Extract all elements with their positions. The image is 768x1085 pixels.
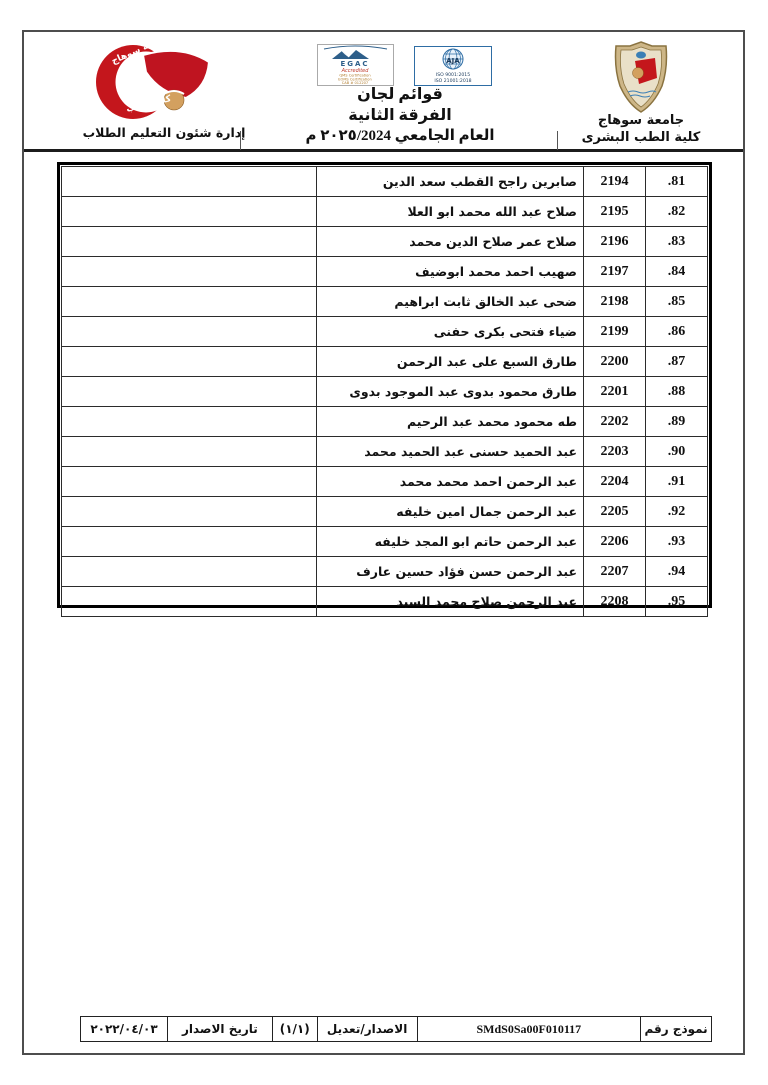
empty-cell (62, 287, 317, 317)
form-number-label: نموذج رقم (641, 1017, 712, 1042)
committee-table-frame: .81 2194 صابرين راجح القطب سعد الدين .82… (57, 162, 712, 608)
student-id-cell: 2203 (584, 437, 646, 467)
table-row: .85 2198 ضحى عبد الخالق ثابت ابراهيم (62, 287, 708, 317)
header-column-divider-left (240, 131, 241, 150)
student-name-cell: ضياء فتحى بكرى حفنى (317, 317, 584, 347)
student-name-cell: عبد الحميد حسنى عبد الحميد محمد (317, 437, 584, 467)
student-name-cell: طارق السبع على عبد الرحمن (317, 347, 584, 377)
row-number-cell: .83 (646, 227, 708, 257)
student-name-cell: طارق محمود بدوى عبد الموجود بدوى (317, 377, 584, 407)
document-title-block: قوائم لجان الفرقة الثانية العام الجامعي … (290, 84, 510, 147)
student-id-cell: 2194 (584, 167, 646, 197)
empty-cell (62, 437, 317, 467)
university-name-block: جامعة سوهاج كلية الطب البشرى (575, 112, 707, 146)
student-name-cell: عبد الرحمن احمد محمد محمد (317, 467, 584, 497)
header-column-divider-right (557, 131, 558, 150)
table-row: .95 2208 عبد الرحمن صلاح محمد السيد (62, 587, 708, 617)
title-academic-year: العام الجامعي ٢٠٢٥/2024 م (290, 126, 510, 147)
student-id-cell: 2202 (584, 407, 646, 437)
egac-name: EGAC (340, 60, 369, 68)
student-id-cell: 2195 (584, 197, 646, 227)
faculty-name: كلية الطب البشرى (575, 129, 707, 146)
faculty-crescent-logo: جامعة سوهاج كلية الطب (85, 42, 237, 122)
student-name-cell: طه محمود محمد عبد الرحيم (317, 407, 584, 437)
university-name: جامعة سوهاج (575, 112, 707, 129)
empty-cell (62, 197, 317, 227)
empty-cell (62, 257, 317, 287)
row-number-cell: .81 (646, 167, 708, 197)
empty-cell (62, 557, 317, 587)
empty-cell (62, 407, 317, 437)
row-number-cell: .86 (646, 317, 708, 347)
empty-cell (62, 167, 317, 197)
empty-cell (62, 377, 317, 407)
table-row: .87 2200 طارق السبع على عبد الرحمن (62, 347, 708, 377)
row-number-cell: .92 (646, 497, 708, 527)
row-number-cell: .94 (646, 557, 708, 587)
student-name-cell: عبد الرحمن حسن فؤاد حسين عارف (317, 557, 584, 587)
document-page: جامعة سوهاج كلية الطب البشرى EGAC Accred… (0, 0, 768, 1085)
table-row: .91 2204 عبد الرحمن احمد محمد محمد (62, 467, 708, 497)
table-row: .94 2207 عبد الرحمن حسن فؤاد حسين عارف (62, 557, 708, 587)
student-name-cell: صلاح عمر صلاح الدين محمد (317, 227, 584, 257)
revision-label: الاصدار/تعديل (317, 1017, 417, 1042)
title-committee-lists: قوائم لجان (290, 84, 510, 105)
egac-accreditation-logo: EGAC Accredited QMS Certification EOMS C… (317, 44, 394, 86)
department-name: إدارة شئون التعليم الطلاب (75, 125, 253, 140)
row-number-cell: .85 (646, 287, 708, 317)
mountains-icon (332, 50, 369, 59)
student-name-cell: صلاح عبد الله محمد ابو العلا (317, 197, 584, 227)
form-code: SMdS0Sa00F010117 (417, 1017, 641, 1042)
row-number-cell: .87 (646, 347, 708, 377)
table-row: .92 2205 عبد الرحمن جمال امين خليفه (62, 497, 708, 527)
empty-cell (62, 227, 317, 257)
row-number-cell: .89 (646, 407, 708, 437)
aja-iso1: ISO 9001:2015 (436, 72, 470, 78)
student-name-cell: صابرين راجح القطب سعد الدين (317, 167, 584, 197)
aja-iso-logo: AJA ISO 9001:2015 ISO 21001:2018 (414, 46, 492, 86)
table-row: .86 2199 ضياء فتحى بكرى حفنى (62, 317, 708, 347)
student-id-cell: 2208 (584, 587, 646, 617)
row-number-cell: .95 (646, 587, 708, 617)
student-id-cell: 2197 (584, 257, 646, 287)
empty-cell (62, 347, 317, 377)
revision-value: (١/١) (272, 1017, 317, 1042)
row-number-cell: .90 (646, 437, 708, 467)
committee-table: .81 2194 صابرين راجح القطب سعد الدين .82… (61, 166, 708, 617)
empty-cell (62, 587, 317, 617)
student-id-cell: 2205 (584, 497, 646, 527)
student-id-cell: 2201 (584, 377, 646, 407)
scarab-icon (636, 52, 646, 59)
issue-date-value: ٢٠٢٢/٠٤/٠٣ (81, 1017, 168, 1042)
committee-table-body: .81 2194 صابرين راجح القطب سعد الدين .82… (62, 167, 708, 617)
student-id-cell: 2207 (584, 557, 646, 587)
table-row: .93 2206 عبد الرحمن حاتم ابو المجد خليفه (62, 527, 708, 557)
row-number-cell: .82 (646, 197, 708, 227)
table-row: .90 2203 عبد الحميد حسنى عبد الحميد محمد (62, 437, 708, 467)
empty-cell (62, 497, 317, 527)
form-info-row: نموذج رقم SMdS0Sa00F010117 الاصدار/تعديل… (81, 1017, 712, 1042)
row-number-cell: .93 (646, 527, 708, 557)
empty-cell (62, 527, 317, 557)
empty-cell (62, 317, 317, 347)
row-number-cell: .84 (646, 257, 708, 287)
table-row: .82 2195 صلاح عبد الله محمد ابو العلا (62, 197, 708, 227)
student-name-cell: ضحى عبد الخالق ثابت ابراهيم (317, 287, 584, 317)
table-row: .83 2196 صلاح عمر صلاح الدين محمد (62, 227, 708, 257)
student-name-cell: صهيب احمد محمد ابوضيف (317, 257, 584, 287)
student-id-cell: 2200 (584, 347, 646, 377)
student-id-cell: 2199 (584, 317, 646, 347)
student-name-cell: عبد الرحمن جمال امين خليفه (317, 497, 584, 527)
header-divider-rule (24, 149, 743, 152)
student-name-cell: عبد الرحمن صلاح محمد السيد (317, 587, 584, 617)
student-id-cell: 2204 (584, 467, 646, 497)
table-row: .84 2197 صهيب احمد محمد ابوضيف (62, 257, 708, 287)
issue-date-label: تاريخ الاصدار (167, 1017, 272, 1042)
university-shield-logo (610, 40, 672, 114)
table-row: .88 2201 طارق محمود بدوى عبد الموجود بدو… (62, 377, 708, 407)
student-id-cell: 2198 (584, 287, 646, 317)
student-id-cell: 2196 (584, 227, 646, 257)
aja-name: AJA (446, 57, 460, 65)
row-number-cell: .91 (646, 467, 708, 497)
row-number-cell: .88 (646, 377, 708, 407)
student-name-cell: عبد الرحمن حاتم ابو المجد خليفه (317, 527, 584, 557)
form-info-table: نموذج رقم SMdS0Sa00F010117 الاصدار/تعديل… (80, 1016, 712, 1042)
table-row: .81 2194 صابرين راجح القطب سعد الدين (62, 167, 708, 197)
table-row: .89 2202 طه محمود محمد عبد الرحيم (62, 407, 708, 437)
title-second-year: الفرقة الثانية (290, 105, 510, 126)
student-id-cell: 2206 (584, 527, 646, 557)
empty-cell (62, 467, 317, 497)
